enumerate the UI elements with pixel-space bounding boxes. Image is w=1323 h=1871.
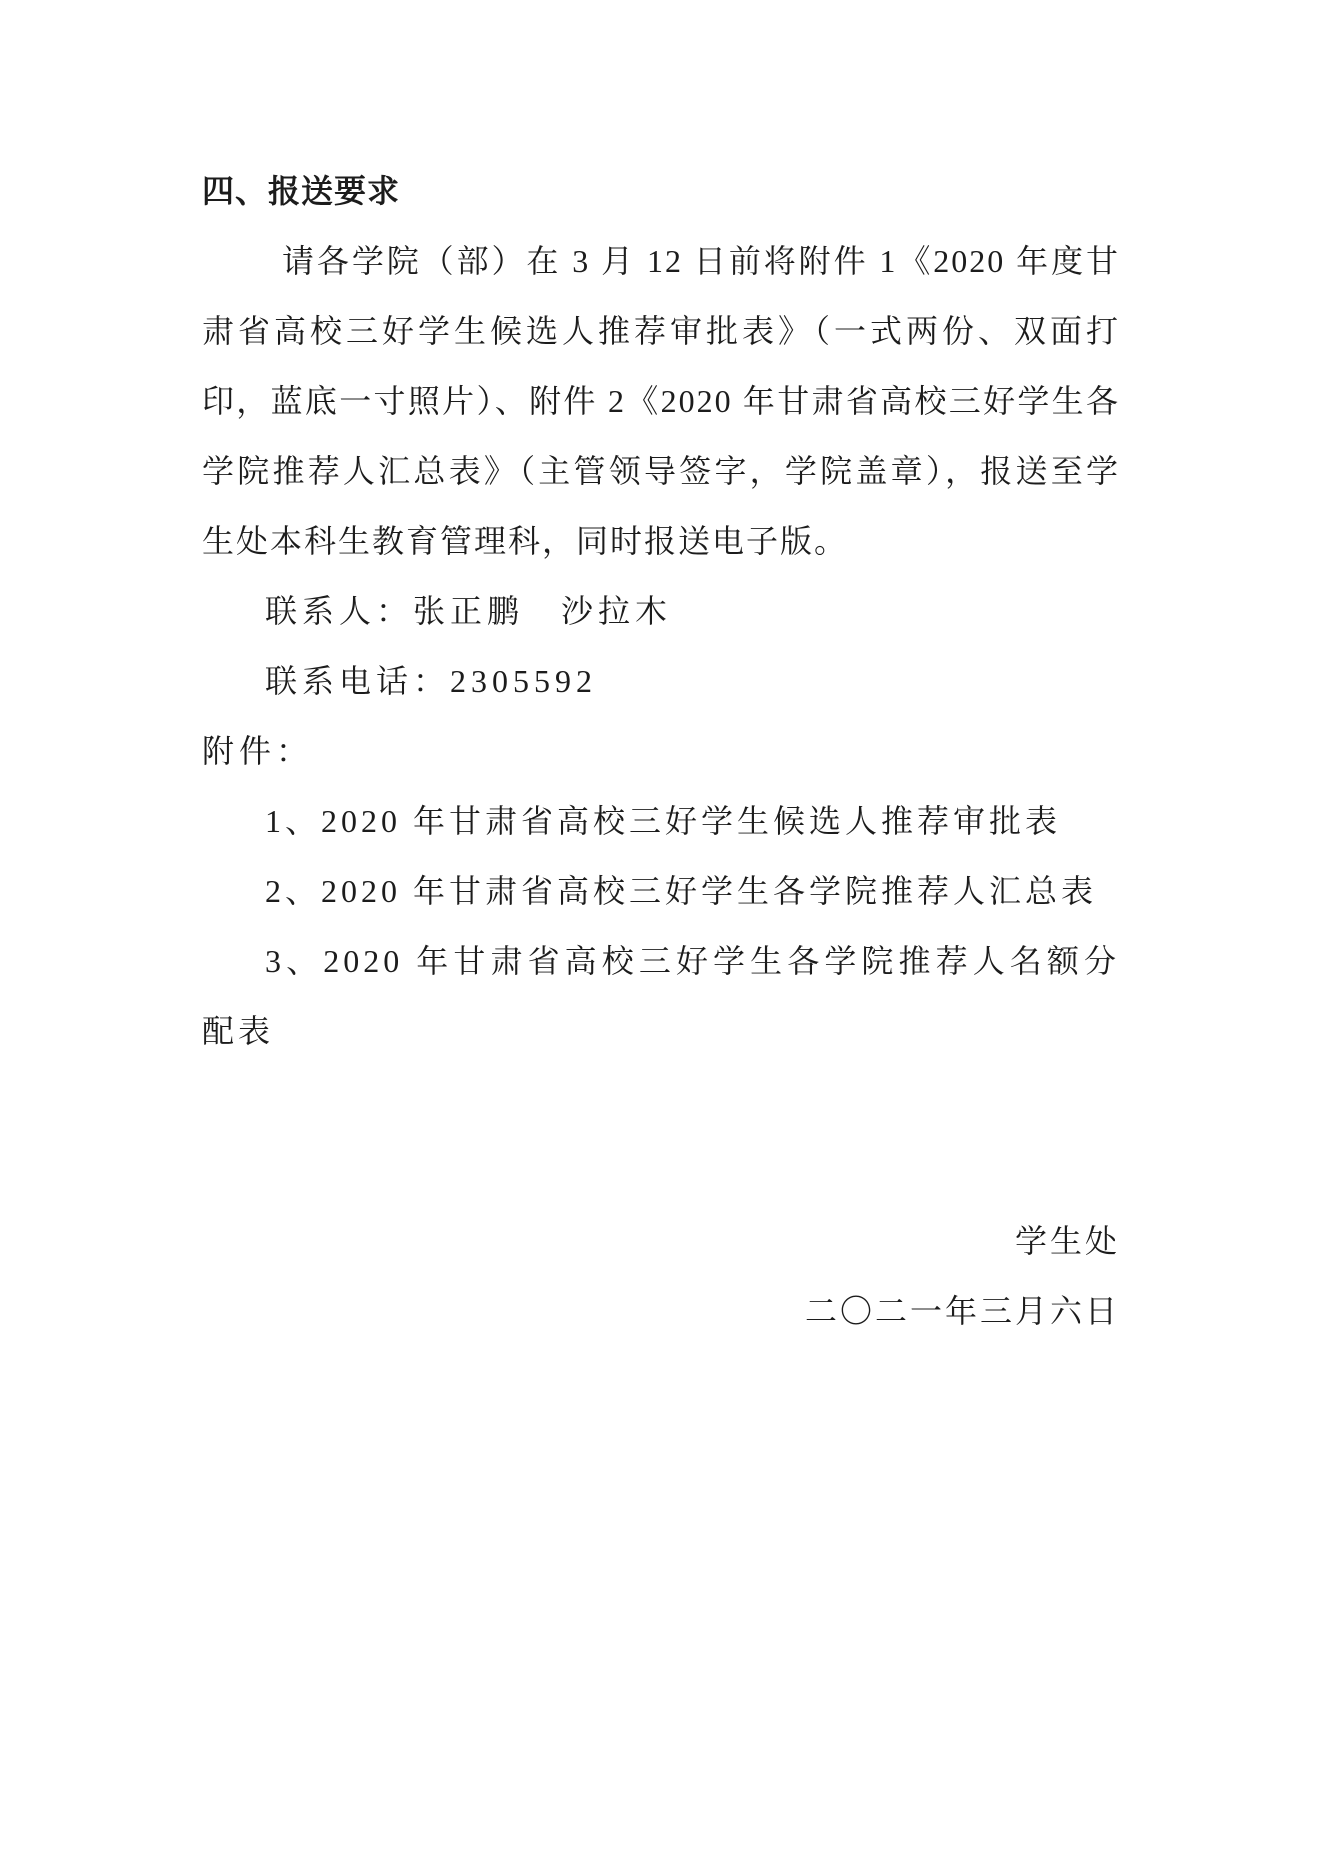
signature-department: 学生处 [202,1206,1120,1276]
signature-date: 二〇二一年三月六日 [202,1276,1120,1346]
document-content: 四、报送要求 请各学院（部）在 3 月 12 日前将附件 1《2020 年度甘肃… [202,156,1120,1346]
body-paragraph: 请各学院（部）在 3 月 12 日前将附件 1《2020 年度甘肃省高校三好学生… [202,226,1120,576]
document-page: 四、报送要求 请各学院（部）在 3 月 12 日前将附件 1《2020 年度甘肃… [0,0,1323,1871]
section-heading: 四、报送要求 [202,156,1120,226]
contact-person-line: 联系人：张正鹏 沙拉木 [202,576,1120,646]
attachment-item-3: 3、2020 年甘肃省高校三好学生各学院推荐人名额分配表 [202,926,1120,1066]
attachment-item-1: 1、2020 年甘肃省高校三好学生候选人推荐审批表 [202,786,1120,856]
blank-space [202,1066,1120,1206]
attachment-item-2: 2、2020 年甘肃省高校三好学生各学院推荐人汇总表 [202,856,1120,926]
contact-phone-line: 联系电话：2305592 [202,646,1120,716]
attachments-label: 附件： [202,716,1120,786]
